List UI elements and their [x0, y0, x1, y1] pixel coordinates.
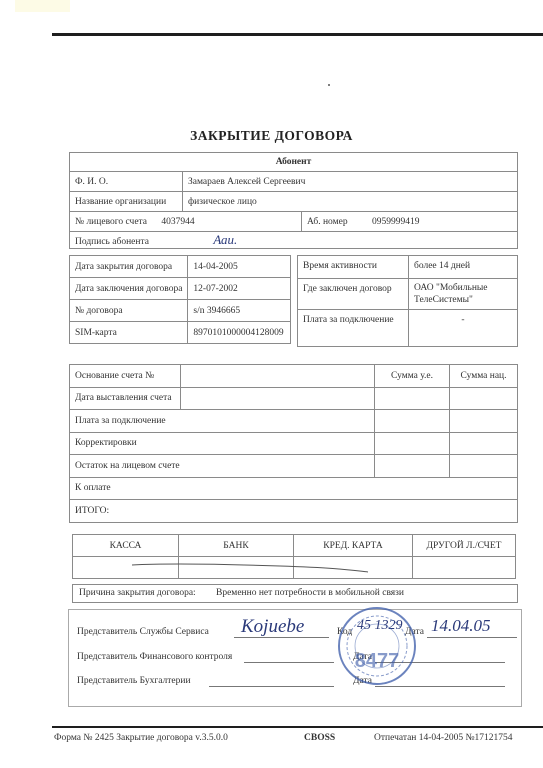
finance-rep-line: [244, 662, 334, 663]
contract-row-value: 14-04-2005: [188, 256, 291, 278]
invoice-date-label: Дата выставления счета: [70, 387, 181, 410]
org-value: физическое лицо: [183, 192, 518, 212]
closure-reason-box: Причина закрытия договора: Временно нет …: [72, 584, 518, 603]
balance-ue: [375, 455, 450, 478]
strike-through-line: [130, 560, 370, 574]
svg-text:8477: 8477: [355, 650, 400, 672]
footer-system: CBOSS: [304, 733, 335, 743]
payment-method-card: КРЕД. КАРТА: [294, 535, 413, 557]
corrections-ue: [375, 432, 450, 455]
corrections-label: Корректировки: [70, 432, 375, 455]
total-label: ИТОГО:: [70, 500, 518, 523]
corrections-nat: [450, 432, 518, 455]
scan-speck: [328, 84, 330, 86]
contract-row-label: Дата заключения договора: [70, 278, 188, 300]
accounting-rep-line: [209, 686, 334, 687]
invoice-date-value: [181, 387, 375, 410]
payment-other-value: [413, 557, 516, 579]
number-value: 0959999419: [372, 217, 420, 227]
extra-row-label: Плата за подключение: [298, 310, 409, 347]
account-label: № лицевого счета: [75, 217, 147, 227]
payment-method-cash: КАССА: [73, 535, 179, 557]
subscriber-number-cell: Аб. номер 0959999419: [302, 212, 518, 232]
footer-form-name: Форма № 2425 Закрытие договора v.3.5.0.0: [54, 733, 228, 743]
company-stamp-icon: 8477: [336, 605, 418, 687]
connection-fee-nat: [450, 410, 518, 433]
fio-value: Замараев Алексей Сергеевич: [183, 172, 518, 192]
balance-nat: [450, 455, 518, 478]
invoice-date-nat: [450, 387, 518, 410]
representatives-box: Представитель Службы Сервиса Kojuebe Код…: [68, 609, 522, 707]
invoice-basis-value: [181, 365, 375, 388]
number-label: Аб. номер: [307, 217, 348, 227]
extra-row-label: Где заключен договор: [298, 279, 409, 310]
contract-row-label: Дата закрытия договора: [70, 256, 188, 278]
service-date-line: [427, 637, 517, 638]
scan-artifact: [15, 0, 70, 12]
finance-rep-label: Представитель Финансового контроля: [77, 652, 232, 662]
service-rep-label: Представитель Службы Сервиса: [77, 627, 209, 637]
org-label: Название организации: [70, 192, 183, 212]
contract-extra-table: Время активности более 14 дней Где заклю…: [297, 255, 518, 347]
invoice-date-ue: [375, 387, 450, 410]
col-sum-nat: Сумма нац.: [450, 365, 518, 388]
extra-row-value: ОАО "Мобильные ТелеСистемы": [409, 279, 518, 310]
top-rule: [52, 33, 543, 36]
closure-reason-label: Причина закрытия договора:: [79, 588, 196, 598]
service-rep-signature: Kojuebe: [241, 616, 304, 638]
extra-row-value: более 14 дней: [409, 256, 518, 279]
invoice-basis-label: Основание счета №: [70, 365, 181, 388]
service-date-value: 14.04.05: [431, 616, 491, 636]
signature-label: Подпись абонента: [75, 237, 149, 247]
contract-row-label: SIM-карта: [70, 322, 188, 344]
signature-cell: Подпись абонента Ааи.: [70, 232, 518, 249]
document-title: ЗАКРЫТИЕ ДОГОВОРА: [0, 128, 543, 144]
connection-fee-ue: [375, 410, 450, 433]
contract-row-value: 12-07-2002: [188, 278, 291, 300]
payment-method-other: ДРУГОЙ Л./СЧЕТ: [413, 535, 516, 557]
contract-row-value: s/n 3946665: [188, 300, 291, 322]
contract-row-label: № договора: [70, 300, 188, 322]
payment-method-bank: БАНК: [179, 535, 294, 557]
account-value: 4037944: [161, 217, 194, 227]
extra-row-label: Время активности: [298, 256, 409, 279]
contract-row-value: 8970101000004128009: [188, 322, 291, 344]
billing-table: Основание счета № Сумма у.е. Сумма нац. …: [69, 364, 518, 523]
connection-fee-label: Плата за подключение: [70, 410, 375, 433]
balance-label: Остаток на лицевом счете: [70, 455, 375, 478]
extra-row-value: -: [409, 310, 518, 347]
subscriber-table: Абонент Ф. И. О. Замараев Алексей Сергее…: [69, 152, 518, 249]
fio-label: Ф. И. О.: [70, 172, 183, 192]
footer-printed: Отпечатан 14-04-2005 №17121754: [374, 733, 513, 743]
closure-reason-value: Временно нет потребности в мобильной свя…: [216, 588, 404, 598]
bottom-rule: [52, 726, 543, 728]
account-cell: № лицевого счета 4037944: [70, 212, 302, 232]
col-sum-ue: Сумма у.е.: [375, 365, 450, 388]
accounting-rep-label: Представитель Бухгалтерии: [77, 676, 191, 686]
subscriber-signature: Ааи.: [213, 232, 237, 247]
contract-table: Дата закрытия договора 14-04-2005 Дата з…: [69, 255, 291, 344]
to-pay-label: К оплате: [70, 477, 518, 500]
subscriber-header: Абонент: [70, 153, 518, 172]
